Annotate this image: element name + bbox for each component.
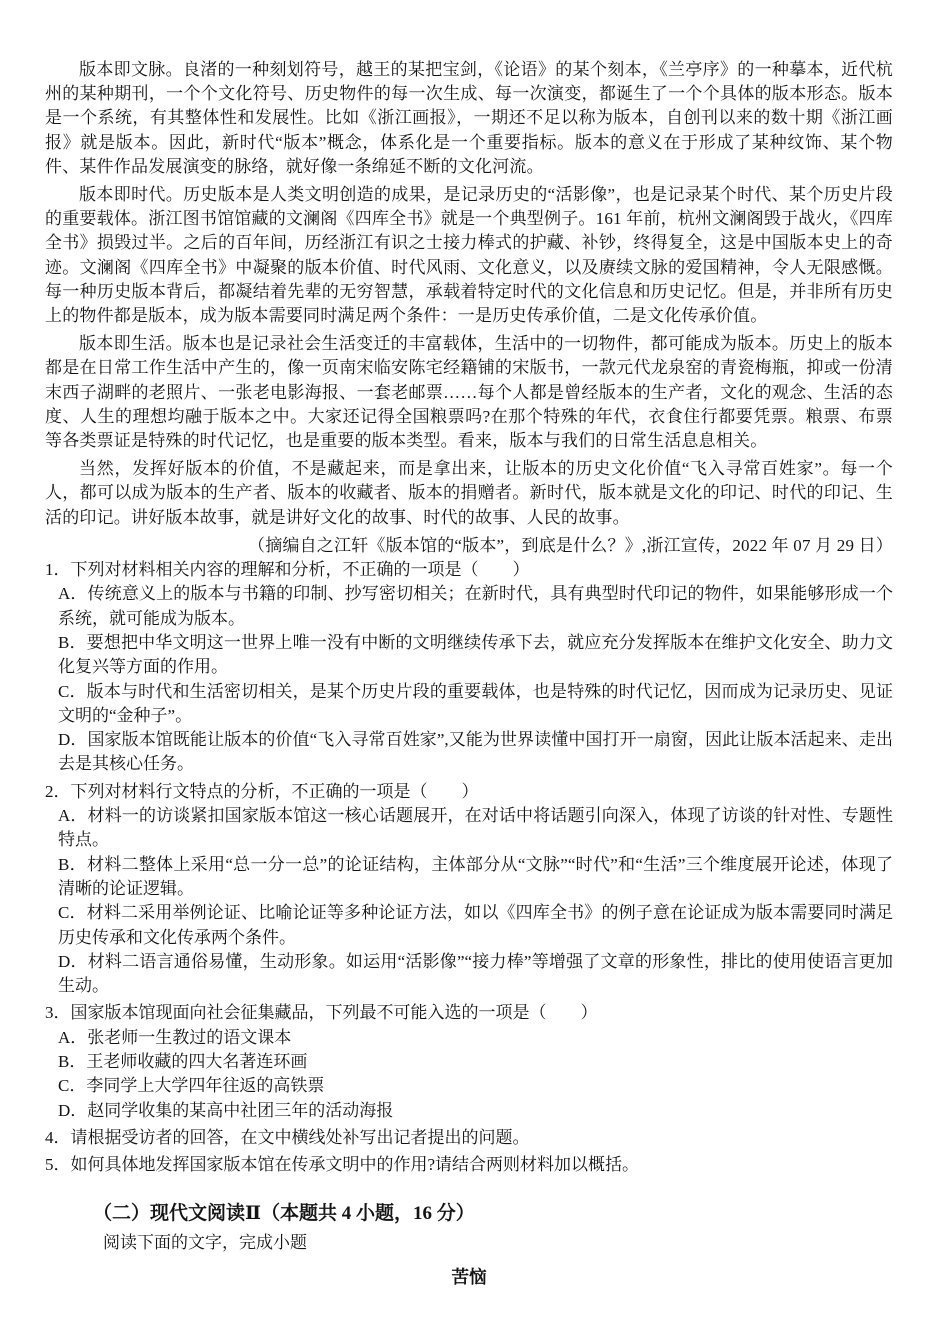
reading-instruction: 阅读下面的文字，完成小题	[103, 1231, 893, 1255]
question-item-2: 2． 下列对材料行文特点的分析，不正确的一项是（ ） A．材料一的访谈紧扣国家版…	[45, 780, 893, 999]
question-number: 1．	[45, 558, 71, 582]
question-number: 5．	[45, 1153, 71, 1177]
section-heading: （二）现代文阅读Ⅱ（本题共 4 小题，16 分）	[93, 1201, 893, 1227]
option-item-a: A．材料一的访谈紧扣国家版本馆这一核心话题展开，在对话中将话题引向深入，体现了访…	[58, 804, 893, 853]
passage: 版本即文脉。良渚的一种刻划符号，越王的某把宝剑，《论语》的某个刻本，《兰亭序》的…	[45, 58, 893, 558]
option-item-a: A．传统意义上的版本与书籍的印制、抄写密切相关；在新时代，具有典型时代印记的物件…	[58, 582, 893, 631]
question-item-5: 5． 如何具体地发挥国家版本馆在传承文明中的作用?请结合两则材料加以概括。	[45, 1153, 893, 1177]
option-item-d: D．国家版本馆既能让版本的价值“飞入寻常百姓家”,又能为世界读懂中国打开一扇窗，…	[58, 728, 893, 777]
question-item-1: 1． 下列对材料相关内容的理解和分析，不正确的一项是（ ） A．传统意义上的版本…	[45, 558, 893, 777]
passage-title: 苦恼	[45, 1265, 893, 1289]
question-number: 3．	[45, 1001, 71, 1025]
citation-line: （摘编自之江轩《版本馆的“版本”，到底是什么？》,浙江宣传，2022 年 07 …	[45, 534, 893, 558]
passage-paragraph: 版本即时代。历史版本是人类文明创造的成果，是记录历史的“活影像”，也是记录某个时…	[45, 183, 893, 328]
next-section: （二）现代文阅读Ⅱ（本题共 4 小题，16 分） 阅读下面的文字，完成小题 苦恼	[45, 1201, 893, 1289]
option-item-c: C．版本与时代和生活密切相关，是某个历史片段的重要载体，也是特殊的时代记忆，因而…	[58, 680, 893, 729]
question-number: 4．	[45, 1126, 71, 1150]
question-stem-line: 5． 如何具体地发挥国家版本馆在传承文明中的作用?请结合两则材料加以概括。	[45, 1153, 893, 1177]
option-item-d: D．赵同学收集的某高中社团三年的活动海报	[58, 1099, 893, 1123]
question-stem: 下列对材料行文特点的分析，不正确的一项是（ ）	[71, 780, 894, 804]
question-stem-line: 1． 下列对材料相关内容的理解和分析，不正确的一项是（ ）	[45, 558, 893, 582]
option-item-d: D．材料二语言通俗易懂，生动形象。如运用“活影像”“接力棒”等增强了文章的形象性…	[58, 950, 893, 999]
option-item-b: B．要想把中华文明这一世界上唯一没有中断的文明继续传承下去，就应充分发挥版本在维…	[58, 631, 893, 680]
question-stem: 下列对材料相关内容的理解和分析，不正确的一项是（ ）	[71, 558, 894, 582]
question-stem-line: 4． 请根据受访者的回答，在文中横线处补写出记者提出的问题。	[45, 1126, 893, 1150]
option-item-b: B．王老师收藏的四大名著连环画	[58, 1050, 893, 1074]
option-item-a: A．张老师一生教过的语文课本	[58, 1026, 893, 1050]
option-item-c: C．材料二采用举例论证、比喻论证等多种论证方法，如以《四库全书》的例子意在论证成…	[58, 901, 893, 950]
option-item-c: C．李同学上大学四年往返的高铁票	[58, 1074, 893, 1098]
question-item-3: 3． 国家版本馆现面向社会征集藏品，下列最不可能入选的一项是（ ） A．张老师一…	[45, 1001, 893, 1122]
question-stem: 国家版本馆现面向社会征集藏品，下列最不可能入选的一项是（ ）	[71, 1001, 894, 1025]
exam-page: 版本即文脉。良渚的一种刻划符号，越王的某把宝剑，《论语》的某个刻本，《兰亭序》的…	[0, 0, 950, 1344]
question-number: 2．	[45, 780, 71, 804]
question-stem: 如何具体地发挥国家版本馆在传承文明中的作用?请结合两则材料加以概括。	[71, 1153, 894, 1177]
question-stem-line: 3． 国家版本馆现面向社会征集藏品，下列最不可能入选的一项是（ ）	[45, 1001, 893, 1025]
question-stem-line: 2． 下列对材料行文特点的分析，不正确的一项是（ ）	[45, 780, 893, 804]
passage-paragraph: 当然，发挥好版本的价值，不是藏起来，而是拿出来，让版本的历史文化价值“飞入寻常百…	[45, 457, 893, 530]
question-item-4: 4． 请根据受访者的回答，在文中横线处补写出记者提出的问题。	[45, 1126, 893, 1150]
passage-paragraph: 版本即文脉。良渚的一种刻划符号，越王的某把宝剑，《论语》的某个刻本，《兰亭序》的…	[45, 58, 893, 179]
passage-paragraph: 版本即生活。版本也是记录社会生活变迁的丰富载体，生活中的一切物件，都可能成为版本…	[45, 332, 893, 453]
question-list: 1． 下列对材料相关内容的理解和分析，不正确的一项是（ ） A．传统意义上的版本…	[45, 558, 893, 1177]
question-stem: 请根据受访者的回答，在文中横线处补写出记者提出的问题。	[71, 1126, 894, 1150]
option-item-b: B．材料二整体上采用“总一分一总”的论证结构，主体部分从“文脉”“时代”和“生活…	[58, 853, 893, 902]
